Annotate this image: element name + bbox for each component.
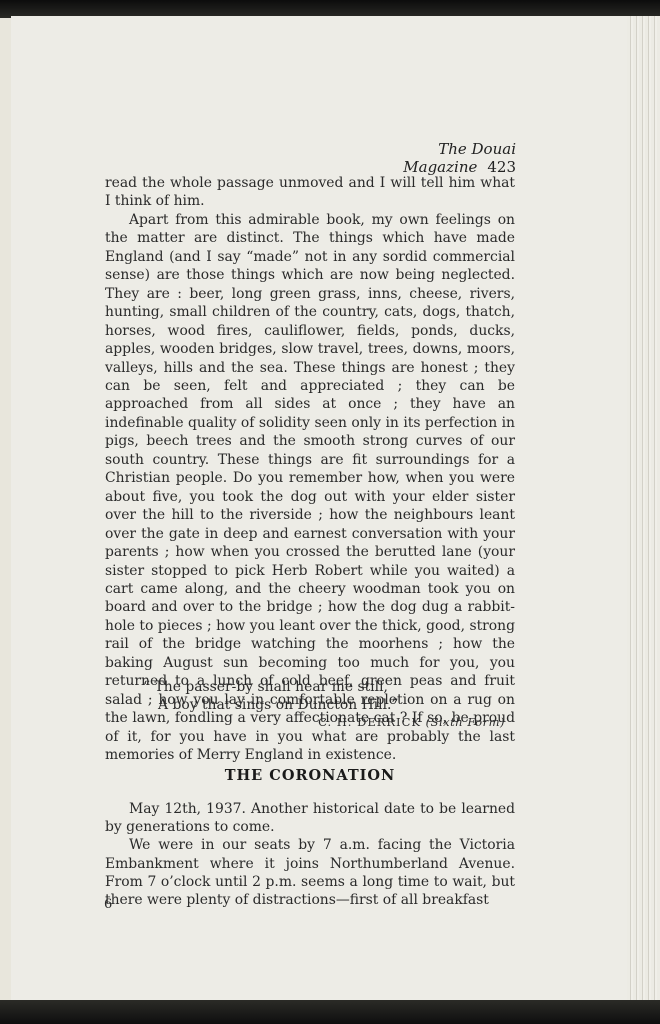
running-head: The Douai Magazine423 <box>330 140 516 176</box>
paragraph: We were in our seats by 7 a.m. facing th… <box>105 836 515 909</box>
printer-signature-mark: 6 <box>104 897 112 912</box>
paragraph: May 12th, 1937. Another historical date … <box>105 800 515 836</box>
book-cover-bottom <box>0 1000 660 1024</box>
section-title: THE CORONATION <box>105 767 515 784</box>
verse-quote: “ The passer-by shall hear me still, A b… <box>143 678 399 715</box>
paragraph: read the whole passage unmoved and I wil… <box>105 174 515 211</box>
author-signature: C. H. DERRICK (Sixth Form) <box>300 715 505 729</box>
author-name: C. H. DERRICK <box>318 715 421 729</box>
verse-line: “ The passer-by shall hear me still, <box>143 678 399 696</box>
article-body: read the whole passage unmoved and I wil… <box>105 174 515 765</box>
verse-line: A boy that sings on Duncton Hill.” <box>143 696 399 714</box>
page-stack-edge <box>627 16 660 1001</box>
author-form: (Sixth Form) <box>426 715 505 729</box>
section-body: May 12th, 1937. Another historical date … <box>105 800 515 909</box>
